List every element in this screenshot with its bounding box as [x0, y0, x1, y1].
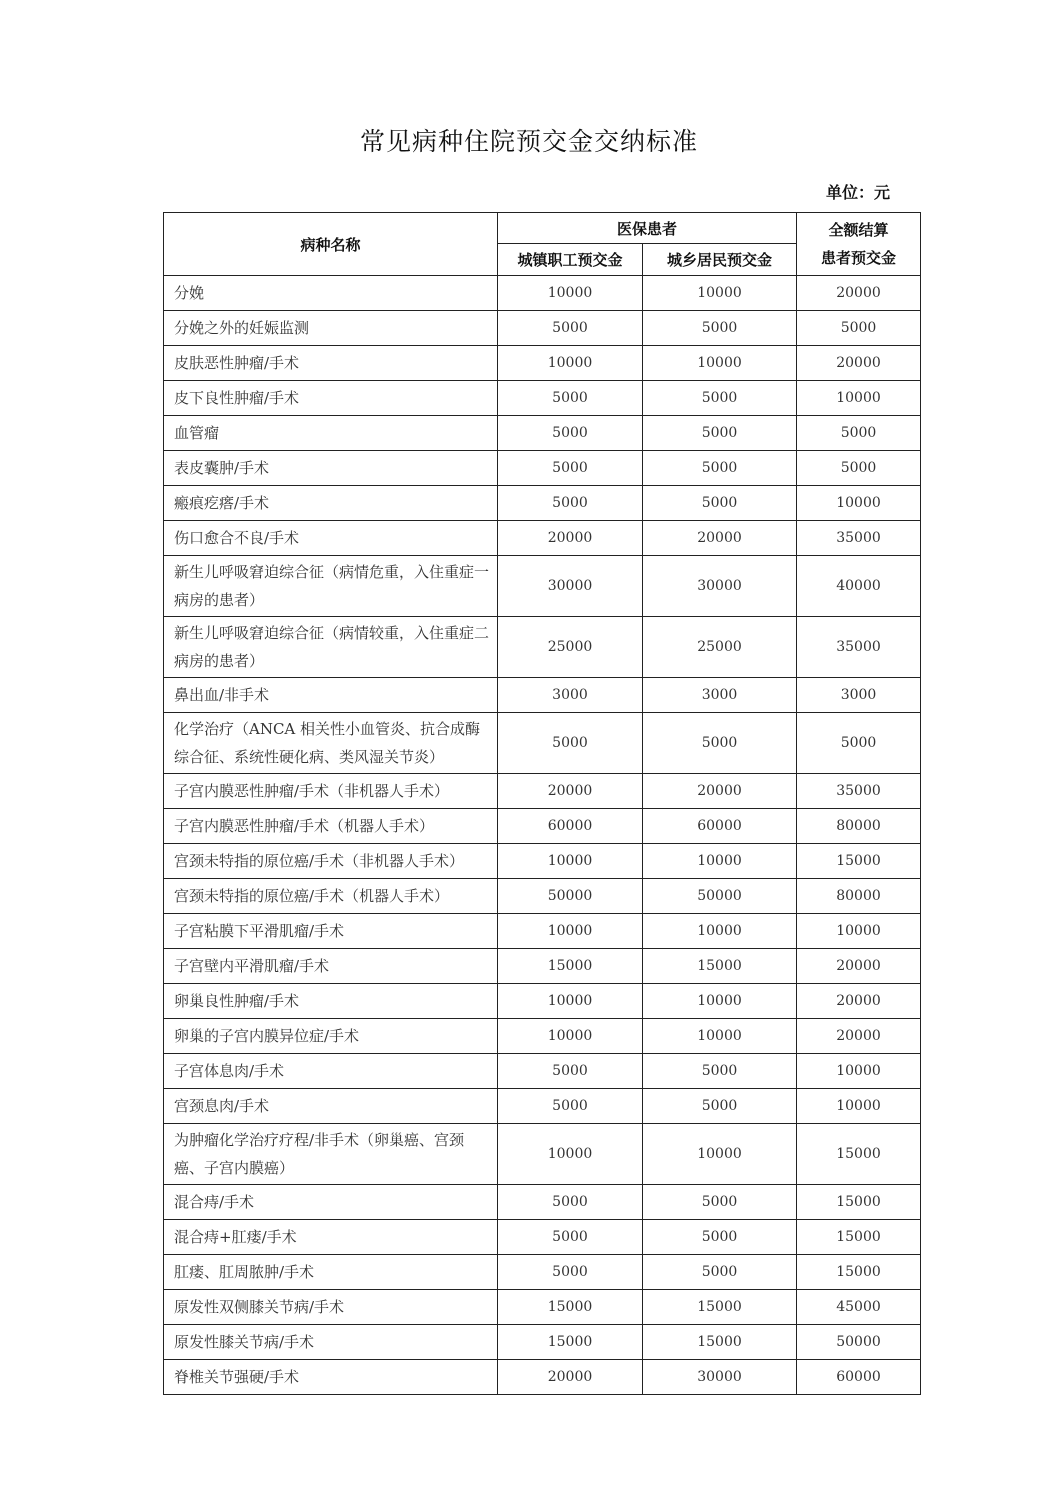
- urban-employee-cell: 5000: [498, 451, 643, 486]
- disease-name-cell: 卵巢良性肿瘤/手术: [164, 984, 498, 1019]
- urban-rural-resident-cell: 5000: [643, 1255, 797, 1290]
- table-row: 宫颈未特指的原位癌/手术（机器人手术）500005000080000: [164, 879, 921, 914]
- urban-rural-resident-cell: 5000: [643, 416, 797, 451]
- full-settlement-cell: 15000: [797, 1185, 921, 1220]
- table-row: 宫颈未特指的原位癌/手术（非机器人手术）100001000015000: [164, 844, 921, 879]
- header-full-settlement: 全额结算 患者预交金: [797, 213, 921, 276]
- table-row: 子宫内膜恶性肿瘤/手术（非机器人手术）200002000035000: [164, 774, 921, 809]
- urban-rural-resident-cell: 10000: [643, 844, 797, 879]
- urban-rural-resident-cell: 10000: [643, 346, 797, 381]
- disease-name-cell: 混合痔/手术: [164, 1185, 498, 1220]
- disease-name-cell: 原发性膝关节病/手术: [164, 1325, 498, 1360]
- disease-name-cell: 新生儿呼吸窘迫综合征（病情较重，入住重症二病房的患者）: [164, 617, 498, 678]
- full-settlement-cell: 40000: [797, 556, 921, 617]
- urban-rural-resident-cell: 5000: [643, 1185, 797, 1220]
- disease-name-cell: 原发性双侧膝关节病/手术: [164, 1290, 498, 1325]
- table-row: 混合痔/手术5000500015000: [164, 1185, 921, 1220]
- full-settlement-cell: 10000: [797, 1089, 921, 1124]
- table-row: 子宫粘膜下平滑肌瘤/手术100001000010000: [164, 914, 921, 949]
- urban-rural-resident-cell: 30000: [643, 1360, 797, 1395]
- disease-name-cell: 子宫内膜恶性肿瘤/手术（非机器人手术）: [164, 774, 498, 809]
- urban-rural-resident-cell: 10000: [643, 984, 797, 1019]
- table-row: 新生儿呼吸窘迫综合征（病情危重，入住重症一病房的患者）3000030000400…: [164, 556, 921, 617]
- urban-rural-resident-cell: 5000: [643, 451, 797, 486]
- disease-name-cell: 皮下良性肿瘤/手术: [164, 381, 498, 416]
- urban-rural-resident-cell: 20000: [643, 521, 797, 556]
- table-row: 卵巢的子宫内膜异位症/手术100001000020000: [164, 1019, 921, 1054]
- full-settlement-cell: 80000: [797, 879, 921, 914]
- header-urban-rural-resident: 城乡居民预交金: [643, 244, 797, 276]
- urban-employee-cell: 5000: [498, 1089, 643, 1124]
- urban-rural-resident-cell: 3000: [643, 678, 797, 713]
- table-row: 子宫体息肉/手术5000500010000: [164, 1054, 921, 1089]
- disease-name-cell: 鼻出血/非手术: [164, 678, 498, 713]
- full-settlement-cell: 10000: [797, 486, 921, 521]
- urban-employee-cell: 5000: [498, 1054, 643, 1089]
- document-title: 常见病种住院预交金交纳标准: [0, 122, 1058, 158]
- urban-employee-cell: 5000: [498, 311, 643, 346]
- urban-employee-cell: 10000: [498, 346, 643, 381]
- table-row: 伤口愈合不良/手术200002000035000: [164, 521, 921, 556]
- urban-rural-resident-cell: 60000: [643, 809, 797, 844]
- disease-name-cell: 瘢痕疙瘩/手术: [164, 486, 498, 521]
- table-row: 血管瘤500050005000: [164, 416, 921, 451]
- table-row: 新生儿呼吸窘迫综合征（病情较重，入住重症二病房的患者）2500025000350…: [164, 617, 921, 678]
- urban-employee-cell: 15000: [498, 1290, 643, 1325]
- full-settlement-cell: 15000: [797, 1220, 921, 1255]
- urban-employee-cell: 60000: [498, 809, 643, 844]
- disease-name-cell: 伤口愈合不良/手术: [164, 521, 498, 556]
- urban-employee-cell: 5000: [498, 1185, 643, 1220]
- urban-employee-cell: 15000: [498, 1325, 643, 1360]
- disease-name-cell: 子宫体息肉/手术: [164, 1054, 498, 1089]
- full-settlement-cell: 20000: [797, 1019, 921, 1054]
- disease-name-cell: 分娩之外的妊娠监测: [164, 311, 498, 346]
- disease-name-cell: 混合痔+肛瘘/手术: [164, 1220, 498, 1255]
- full-settlement-cell: 10000: [797, 381, 921, 416]
- full-settlement-cell: 15000: [797, 1124, 921, 1185]
- table-row: 肛瘘、肛周脓肿/手术5000500015000: [164, 1255, 921, 1290]
- table-row: 原发性双侧膝关节病/手术150001500045000: [164, 1290, 921, 1325]
- table-row: 瘢痕疙瘩/手术5000500010000: [164, 486, 921, 521]
- table-row: 鼻出血/非手术300030003000: [164, 678, 921, 713]
- header-urban-employee: 城镇职工预交金: [498, 244, 643, 276]
- disease-name-cell: 皮肤恶性肿瘤/手术: [164, 346, 498, 381]
- full-settlement-cell: 5000: [797, 451, 921, 486]
- full-settlement-cell: 80000: [797, 809, 921, 844]
- disease-name-cell: 血管瘤: [164, 416, 498, 451]
- full-settlement-cell: 60000: [797, 1360, 921, 1395]
- urban-rural-resident-cell: 5000: [643, 486, 797, 521]
- full-settlement-cell: 35000: [797, 521, 921, 556]
- urban-employee-cell: 50000: [498, 879, 643, 914]
- disease-name-cell: 肛瘘、肛周脓肿/手术: [164, 1255, 498, 1290]
- disease-name-cell: 子宫壁内平滑肌瘤/手术: [164, 949, 498, 984]
- full-settlement-cell: 10000: [797, 914, 921, 949]
- table-body: 分娩100001000020000分娩之外的妊娠监测500050005000皮肤…: [164, 276, 921, 1395]
- table-row: 表皮囊肿/手术500050005000: [164, 451, 921, 486]
- table-row: 混合痔+肛瘘/手术5000500015000: [164, 1220, 921, 1255]
- urban-employee-cell: 15000: [498, 949, 643, 984]
- header-insured-group: 医保患者: [498, 213, 797, 244]
- full-settlement-cell: 20000: [797, 346, 921, 381]
- table-row: 为肿瘤化学治疗疗程/非手术（卵巢癌、宫颈癌、子宫内膜癌）100001000015…: [164, 1124, 921, 1185]
- urban-rural-resident-cell: 10000: [643, 1019, 797, 1054]
- disease-name-cell: 卵巢的子宫内膜异位症/手术: [164, 1019, 498, 1054]
- full-settlement-cell: 5000: [797, 311, 921, 346]
- full-settlement-cell: 45000: [797, 1290, 921, 1325]
- urban-employee-cell: 5000: [498, 381, 643, 416]
- header-full-settlement-line2: 患者预交金: [797, 244, 920, 272]
- urban-employee-cell: 20000: [498, 1360, 643, 1395]
- disease-name-cell: 宫颈未特指的原位癌/手术（非机器人手术）: [164, 844, 498, 879]
- urban-rural-resident-cell: 20000: [643, 774, 797, 809]
- disease-name-cell: 子宫粘膜下平滑肌瘤/手术: [164, 914, 498, 949]
- urban-employee-cell: 30000: [498, 556, 643, 617]
- urban-employee-cell: 5000: [498, 486, 643, 521]
- urban-rural-resident-cell: 5000: [643, 311, 797, 346]
- disease-name-cell: 表皮囊肿/手术: [164, 451, 498, 486]
- urban-rural-resident-cell: 5000: [643, 1220, 797, 1255]
- urban-rural-resident-cell: 50000: [643, 879, 797, 914]
- table-row: 分娩100001000020000: [164, 276, 921, 311]
- urban-employee-cell: 5000: [498, 416, 643, 451]
- urban-employee-cell: 20000: [498, 774, 643, 809]
- urban-employee-cell: 20000: [498, 521, 643, 556]
- urban-employee-cell: 10000: [498, 276, 643, 311]
- urban-rural-resident-cell: 10000: [643, 1124, 797, 1185]
- disease-name-cell: 分娩: [164, 276, 498, 311]
- deposit-standard-table: 病种名称 医保患者 全额结算 患者预交金 城镇职工预交金 城乡居民预交金 分娩1…: [163, 212, 921, 1395]
- table-row: 脊椎关节强硬/手术200003000060000: [164, 1360, 921, 1395]
- urban-employee-cell: 5000: [498, 1220, 643, 1255]
- urban-rural-resident-cell: 15000: [643, 949, 797, 984]
- urban-employee-cell: 5000: [498, 713, 643, 774]
- urban-rural-resident-cell: 15000: [643, 1325, 797, 1360]
- full-settlement-cell: 20000: [797, 949, 921, 984]
- full-settlement-cell: 20000: [797, 276, 921, 311]
- urban-employee-cell: 3000: [498, 678, 643, 713]
- urban-employee-cell: 25000: [498, 617, 643, 678]
- header-disease-name: 病种名称: [164, 213, 498, 276]
- disease-name-cell: 宫颈息肉/手术: [164, 1089, 498, 1124]
- urban-employee-cell: 10000: [498, 844, 643, 879]
- urban-rural-resident-cell: 5000: [643, 1089, 797, 1124]
- urban-employee-cell: 10000: [498, 1124, 643, 1185]
- full-settlement-cell: 50000: [797, 1325, 921, 1360]
- full-settlement-cell: 10000: [797, 1054, 921, 1089]
- table-row: 子宫内膜恶性肿瘤/手术（机器人手术）600006000080000: [164, 809, 921, 844]
- full-settlement-cell: 35000: [797, 617, 921, 678]
- unit-label: 单位：元: [826, 180, 890, 203]
- urban-rural-resident-cell: 5000: [643, 1054, 797, 1089]
- full-settlement-cell: 3000: [797, 678, 921, 713]
- full-settlement-cell: 5000: [797, 713, 921, 774]
- urban-employee-cell: 5000: [498, 1255, 643, 1290]
- urban-rural-resident-cell: 10000: [643, 276, 797, 311]
- disease-name-cell: 为肿瘤化学治疗疗程/非手术（卵巢癌、宫颈癌、子宫内膜癌）: [164, 1124, 498, 1185]
- table-row: 分娩之外的妊娠监测500050005000: [164, 311, 921, 346]
- urban-employee-cell: 10000: [498, 984, 643, 1019]
- table-row: 宫颈息肉/手术5000500010000: [164, 1089, 921, 1124]
- urban-rural-resident-cell: 30000: [643, 556, 797, 617]
- table-row: 原发性膝关节病/手术150001500050000: [164, 1325, 921, 1360]
- full-settlement-cell: 15000: [797, 1255, 921, 1290]
- urban-rural-resident-cell: 5000: [643, 713, 797, 774]
- urban-employee-cell: 10000: [498, 914, 643, 949]
- full-settlement-cell: 15000: [797, 844, 921, 879]
- disease-name-cell: 新生儿呼吸窘迫综合征（病情危重，入住重症一病房的患者）: [164, 556, 498, 617]
- table-row: 卵巢良性肿瘤/手术100001000020000: [164, 984, 921, 1019]
- table-row: 化学治疗（ANCA 相关性小血管炎、抗合成酶综合征、系统性硬化病、类风湿关节炎）…: [164, 713, 921, 774]
- urban-rural-resident-cell: 15000: [643, 1290, 797, 1325]
- table-row: 皮下良性肿瘤/手术5000500010000: [164, 381, 921, 416]
- urban-rural-resident-cell: 10000: [643, 914, 797, 949]
- disease-name-cell: 化学治疗（ANCA 相关性小血管炎、抗合成酶综合征、系统性硬化病、类风湿关节炎）: [164, 713, 498, 774]
- table-row: 皮肤恶性肿瘤/手术100001000020000: [164, 346, 921, 381]
- urban-rural-resident-cell: 25000: [643, 617, 797, 678]
- full-settlement-cell: 5000: [797, 416, 921, 451]
- full-settlement-cell: 20000: [797, 984, 921, 1019]
- header-full-settlement-line1: 全额结算: [797, 216, 920, 244]
- disease-name-cell: 脊椎关节强硬/手术: [164, 1360, 498, 1395]
- disease-name-cell: 宫颈未特指的原位癌/手术（机器人手术）: [164, 879, 498, 914]
- table-row: 子宫壁内平滑肌瘤/手术150001500020000: [164, 949, 921, 984]
- urban-rural-resident-cell: 5000: [643, 381, 797, 416]
- urban-employee-cell: 10000: [498, 1019, 643, 1054]
- disease-name-cell: 子宫内膜恶性肿瘤/手术（机器人手术）: [164, 809, 498, 844]
- full-settlement-cell: 35000: [797, 774, 921, 809]
